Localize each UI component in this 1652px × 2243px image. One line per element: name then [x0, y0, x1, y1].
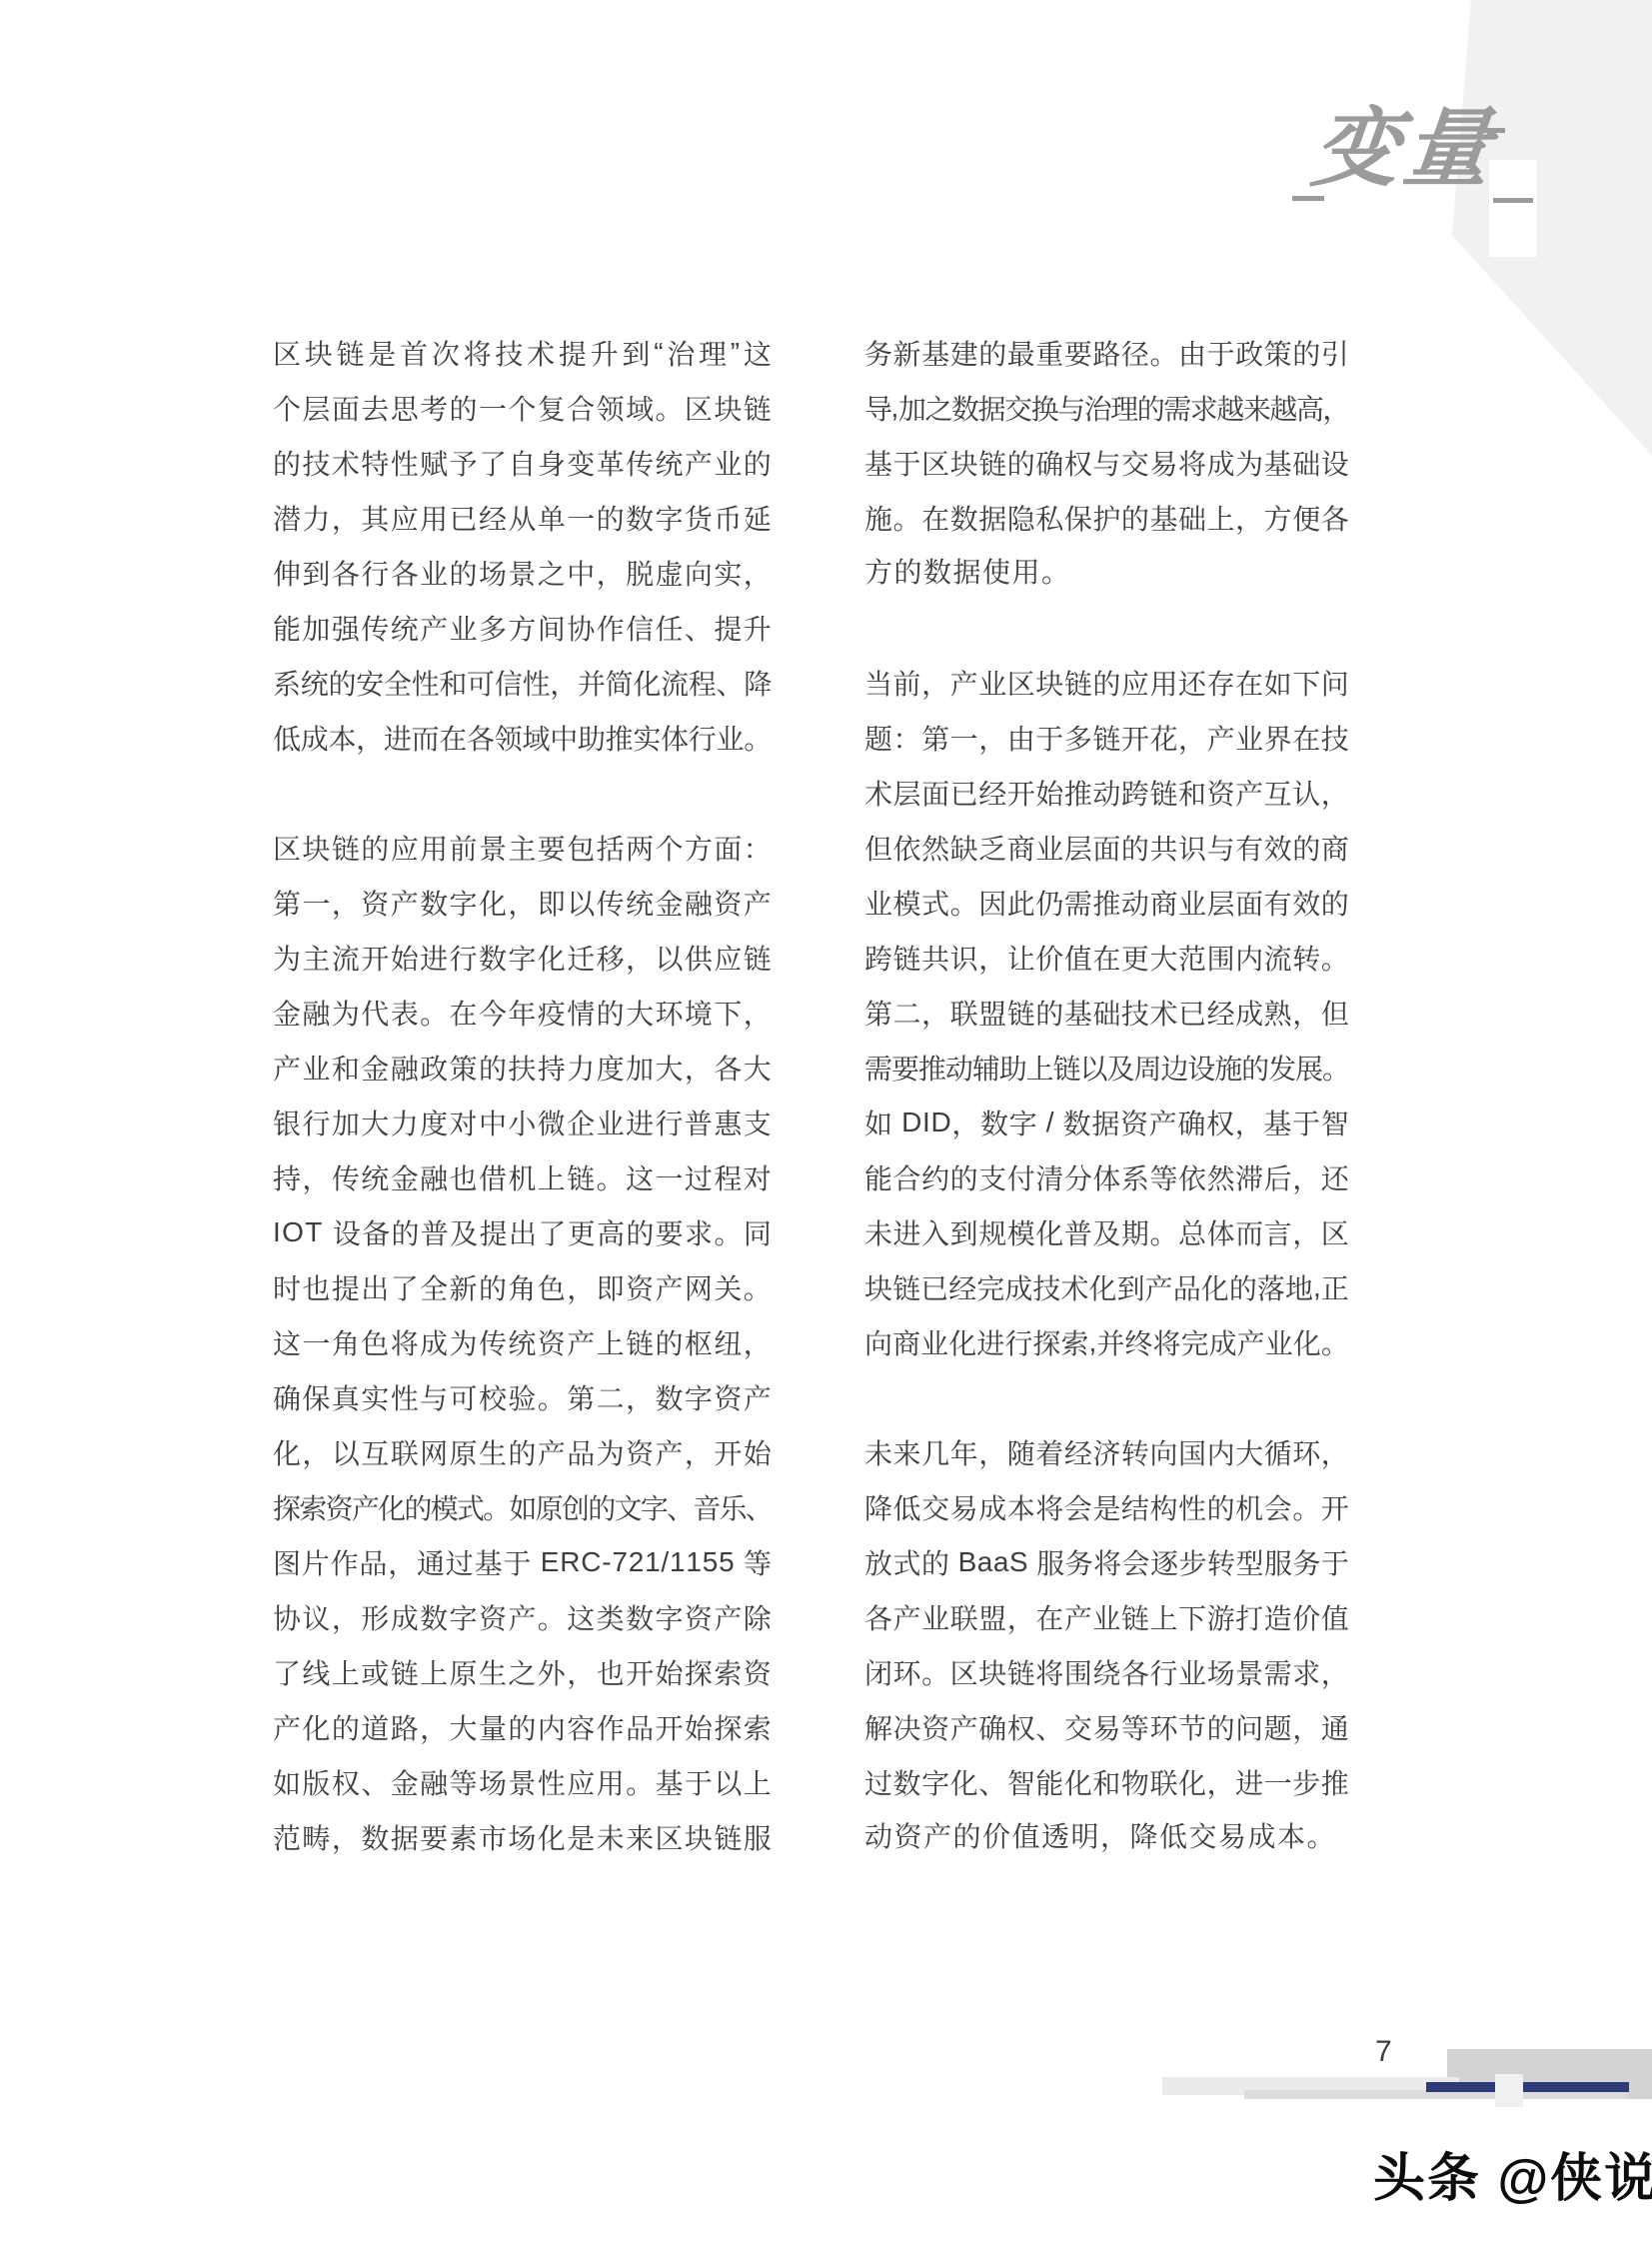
text-line: 需要推动辅助上链以及周边设施的发展。	[864, 1040, 1349, 1095]
footer-bar-gap	[1495, 2074, 1523, 2107]
text-line: 块链已经完成技术化到产品化的落地,正	[864, 1259, 1349, 1314]
text-line: 方的数据使用。	[864, 545, 1349, 600]
footer-accent-bar	[1426, 2082, 1629, 2092]
text-line: 术层面已经开始推动跨链和资产互认，	[864, 765, 1349, 820]
text-line: 业模式。因此仍需推动商业层面有效的	[864, 875, 1349, 930]
text-line: 低成本，进而在各领域中助推实体行业。	[273, 710, 772, 765]
page-number: 7	[1375, 2035, 1392, 2069]
text-line: 跨链共识，让价值在更大范围内流转。	[864, 930, 1349, 985]
text-line: 未进入到规模化普及期。总体而言，区	[864, 1204, 1349, 1259]
text-line: 探索资产化的模式。如原创的文字、音乐、	[273, 1479, 772, 1534]
logo-glitch-dash	[1493, 198, 1533, 203]
text-line: 个层面去思考的一个复合领域。区块链	[273, 380, 772, 435]
right-text-column: 务新基建的最重要路径。由于政策的引导,加之数据交换与治理的需求越来越高，基于区块…	[864, 325, 1349, 1864]
text-line: 未来几年，随着经济转向国内大循环，	[864, 1424, 1349, 1479]
report-page: 变量 区块链是首次将技术提升到“治理”这个层面去思考的一个复合领域。区块链的技术…	[0, 0, 1652, 2243]
text-line: 各产业联盟，在产业链上下游打造价值	[864, 1589, 1349, 1644]
text-line: 务新基建的最重要路径。由于政策的引	[864, 325, 1349, 380]
paragraph: 未来几年，随着经济转向国内大循环，降低交易成本将会是结构性的机会。开放式的 Ba…	[864, 1424, 1349, 1864]
text-line: 基于区块链的确权与交易将成为基础设	[864, 435, 1349, 490]
paragraph: 当前，产业区块链的应用还存在如下问题：第一，由于多链开花，产业界在技术层面已经开…	[864, 655, 1349, 1369]
corner-decoration-shape	[1439, 0, 1652, 470]
text-line: 第一，资产数字化，即以传统金融资产	[273, 875, 772, 930]
text-line: 金融为代表。在今年疫情的大环境下，	[273, 985, 772, 1040]
left-text-column: 区块链是首次将技术提升到“治理”这个层面去思考的一个复合领域。区块链的技术特性赋…	[273, 325, 772, 1864]
text-line: 图片作品，通过基于 ERC-721/1155 等	[273, 1534, 772, 1589]
text-line: 降低交易成本将会是结构性的机会。开	[864, 1479, 1349, 1534]
text-line: 题：第一，由于多链开花，产业界在技	[864, 710, 1349, 765]
text-line: 放式的 BaaS 服务将会逐步转型服务于	[864, 1534, 1349, 1589]
text-line: 产化的道路，大量的内容作品开始探索	[273, 1699, 772, 1754]
text-line: 施。在数据隐私保护的基础上，方便各	[864, 490, 1349, 545]
text-line: 动资产的价值透明，降低交易成本。	[864, 1809, 1349, 1864]
text-line: 系统的安全性和可信性，并简化流程、降	[273, 655, 772, 710]
text-line: 潜力，其应用已经从单一的数字货币延	[273, 490, 772, 545]
text-line: 协议，形成数字资产。这类数字资产除	[273, 1589, 772, 1644]
text-line: 的技术特性赋予了自身变革传统产业的	[273, 435, 772, 490]
text-line: 范畴，数据要素市场化是未来区块链服	[273, 1809, 772, 1864]
corner-decoration-notch	[1489, 160, 1537, 257]
text-line: 化，以互联网原生的产品为资产，开始	[273, 1424, 772, 1479]
text-line: 伸到各行各业的场景之中，脱虚向实，	[273, 545, 772, 600]
text-line: 产业和金融政策的扶持力度加大，各大	[273, 1040, 772, 1095]
text-line: IOT 设备的普及提出了更高的要求。同	[273, 1204, 772, 1259]
text-line: 能加强传统产业多方间协作信任、提升	[273, 600, 772, 655]
text-line: 能合约的支付清分体系等依然滞后，还	[864, 1149, 1349, 1204]
text-line: 这一角色将成为传统资产上链的枢纽，	[273, 1314, 772, 1369]
text-line: 为主流开始进行数字化迁移，以供应链	[273, 930, 772, 985]
text-line: 第二，联盟链的基础技术已经成熟，但	[864, 985, 1349, 1040]
watermark: 头条 @侠说	[1373, 2153, 1652, 2205]
text-line: 区块链是首次将技术提升到“治理”这	[273, 325, 772, 380]
brand-logo: 变量	[1308, 106, 1499, 192]
text-line: 向商业化进行探索,并终将完成产业化。	[864, 1314, 1349, 1369]
paragraph: 区块链是首次将技术提升到“治理”这个层面去思考的一个复合领域。区块链的技术特性赋…	[273, 325, 772, 765]
text-line: 解决资产确权、交易等环节的问题，通	[864, 1699, 1349, 1754]
text-line: 确保真实性与可校验。第二，数字资产	[273, 1369, 772, 1424]
text-line: 如 DID，数字 / 数据资产确权，基于智	[864, 1095, 1349, 1149]
text-line: 银行加大力度对中小微企业进行普惠支	[273, 1095, 772, 1149]
paragraph: 务新基建的最重要路径。由于政策的引导,加之数据交换与治理的需求越来越高，基于区块…	[864, 325, 1349, 600]
text-line: 了线上或链上原生之外，也开始探索资	[273, 1644, 772, 1699]
text-line: 导,加之数据交换与治理的需求越来越高，	[864, 380, 1349, 435]
text-line: 当前，产业区块链的应用还存在如下问	[864, 655, 1349, 710]
paragraph: 区块链的应用前景主要包括两个方面：第一，资产数字化，即以传统金融资产为主流开始进…	[273, 820, 772, 1864]
text-line: 时也提出了全新的角色，即资产网关。	[273, 1259, 772, 1314]
text-line: 区块链的应用前景主要包括两个方面：	[273, 820, 772, 875]
text-line: 闭环。区块链将围绕各行业场景需求，	[864, 1644, 1349, 1699]
text-line: 持，传统金融也借机上链。这一过程对	[273, 1149, 772, 1204]
text-line: 过数字化、智能化和物联化，进一步推	[864, 1754, 1349, 1809]
text-line: 但依然缺乏商业层面的共识与有效的商	[864, 820, 1349, 875]
text-line: 如版权、金融等场景性应用。基于以上	[273, 1754, 772, 1809]
